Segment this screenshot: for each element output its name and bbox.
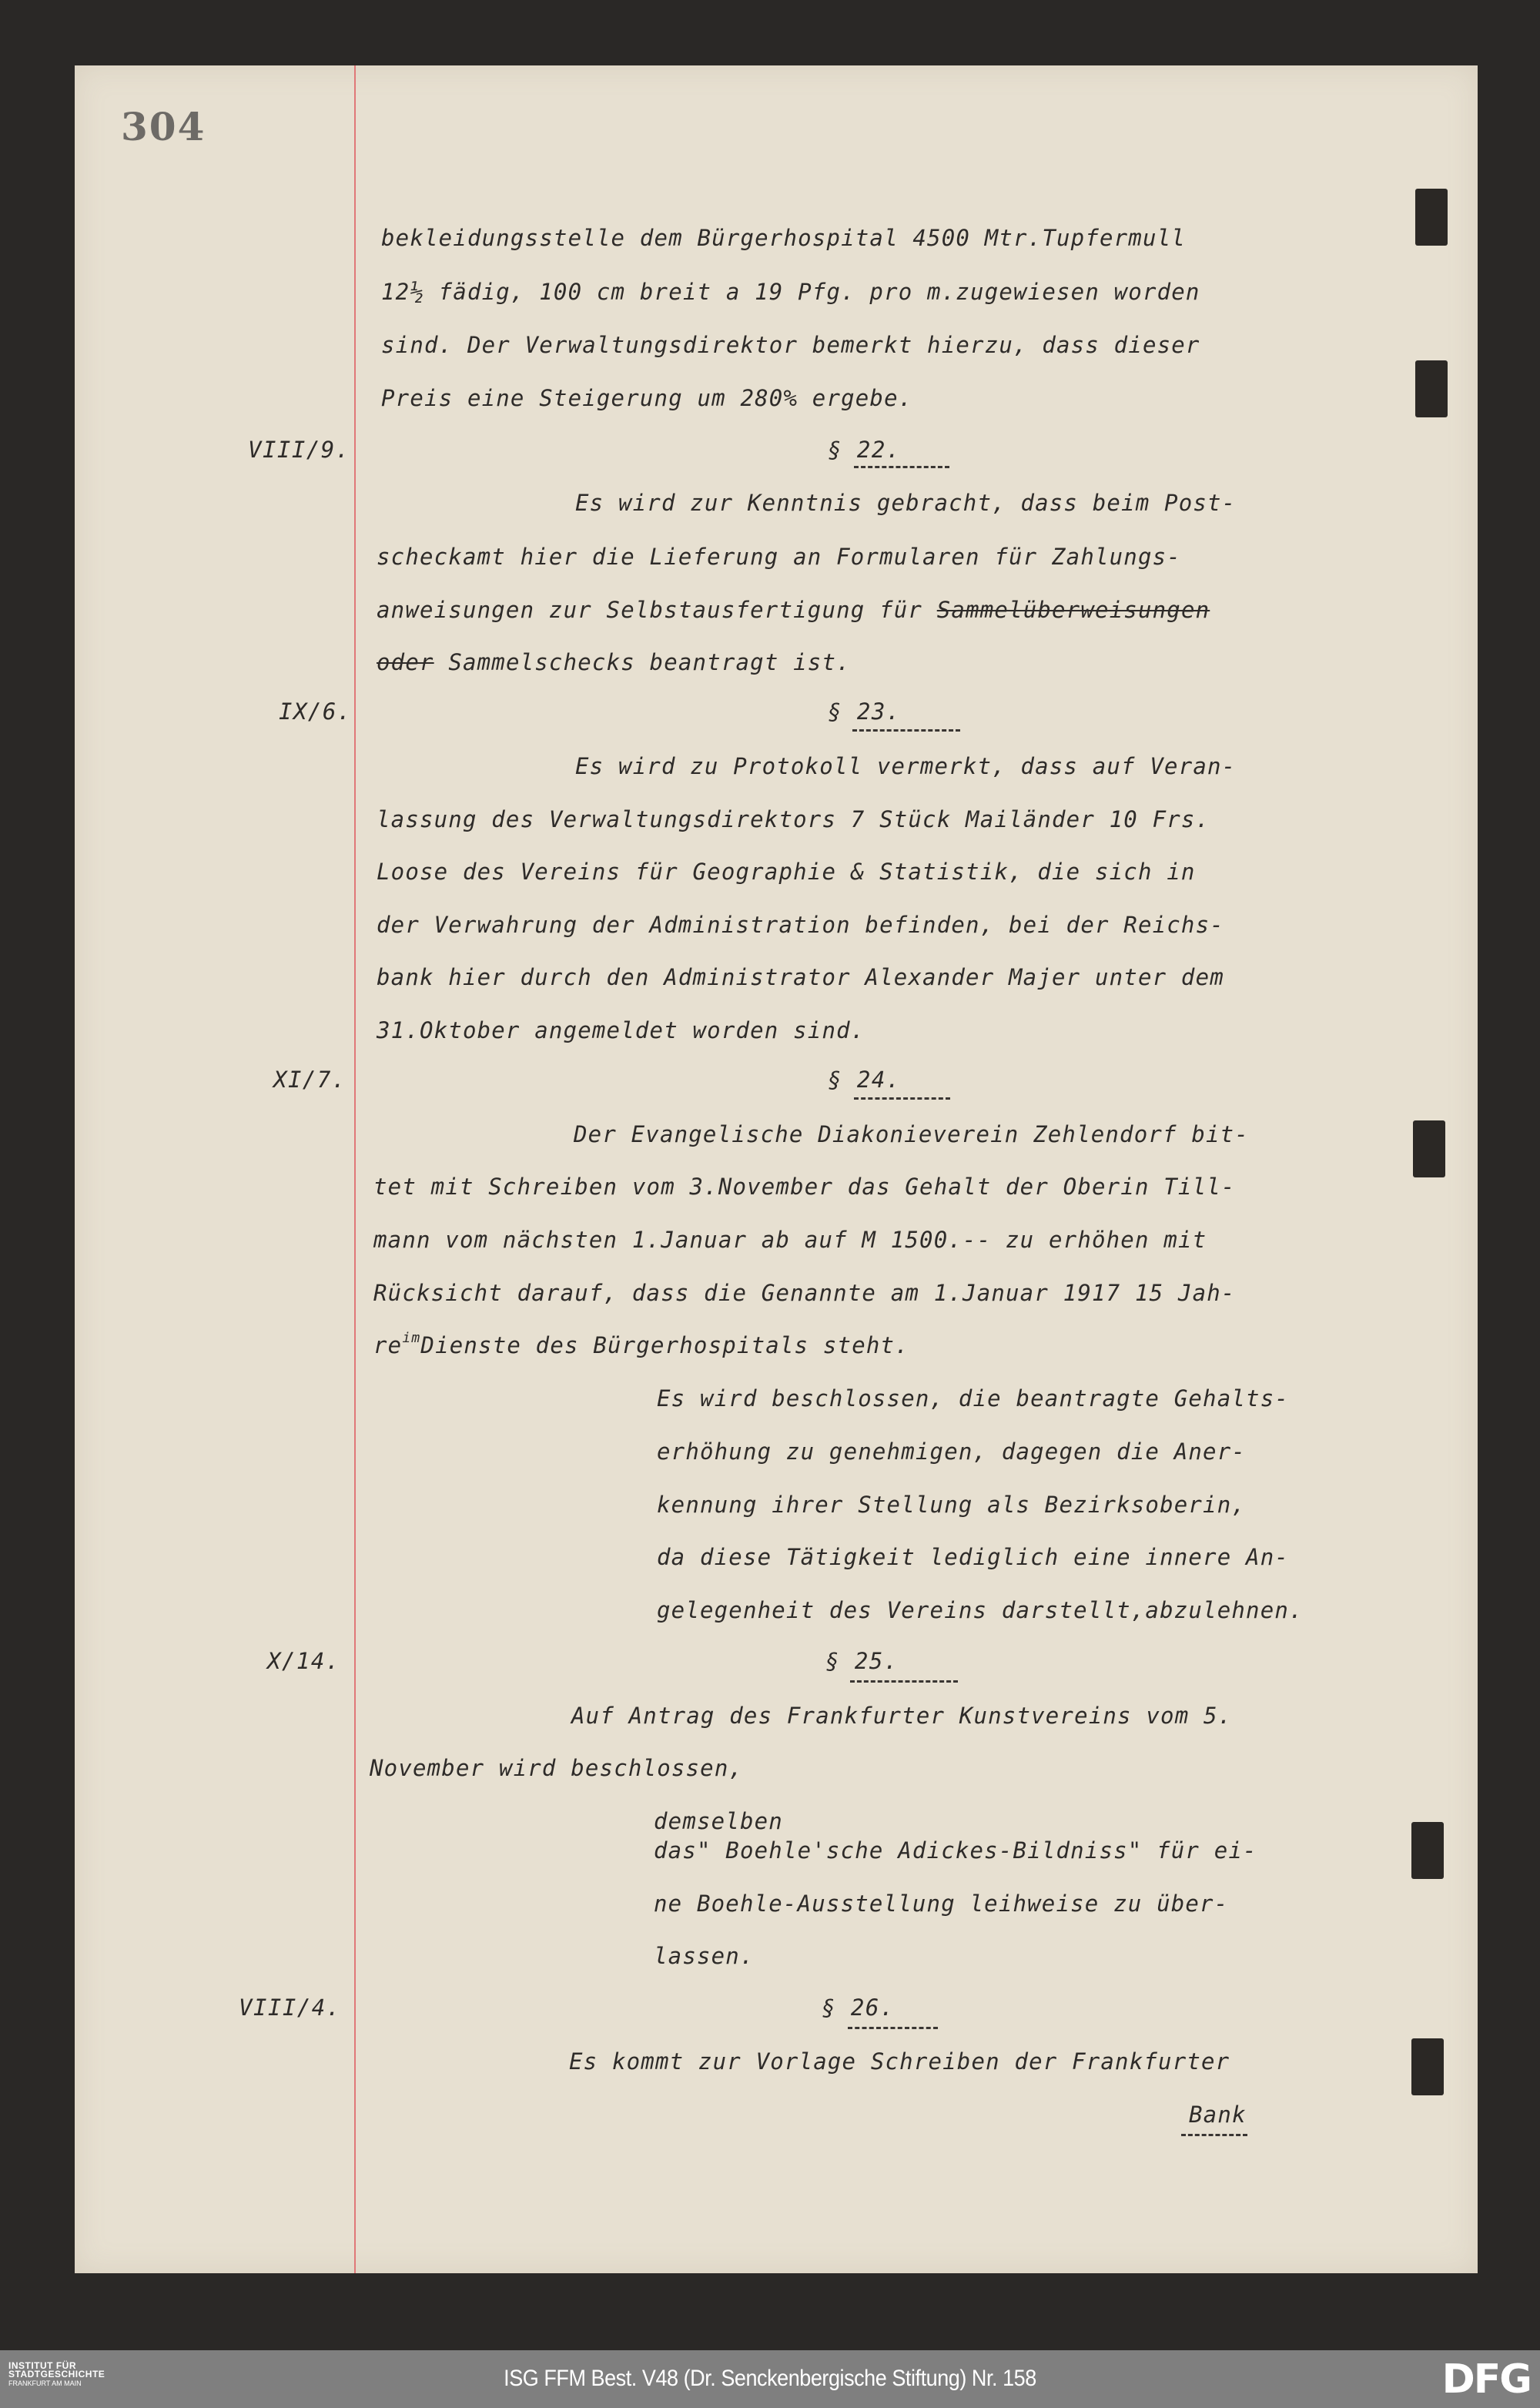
text-line: der Verwahrung der Administration befind… [377,911,1224,939]
text-line: bank hier durch den Administrator Alexan… [377,963,1224,991]
text-line: reimDienste des Bürgerhospitals steht. [373,1331,909,1363]
resolution-line: ne Boehle-Ausstellung leihweise zu über- [654,1890,1228,1917]
section-underline [848,2027,938,2029]
resolution-line: Es wird beschlossen, die beantragte Geha… [657,1385,1289,1412]
document-signature: ISG FFM Best. V48 (Dr. Senckenbergische … [77,2366,1463,2392]
section-underline [854,466,949,468]
text-line: lassung des Verwaltungsdirektors 7 Stück… [377,805,1210,833]
text-line: anweisungen zur Selbstausfertigung für S… [377,596,1210,624]
resolution-line: lassen. [654,1942,755,1970]
text-line: sind. Der Verwaltungsdirektor bemerkt hi… [381,331,1200,359]
margin-reference: XI/7. [273,1067,346,1093]
struck-word: Sammelüberweisungen [937,597,1210,623]
text-line: Es wird zu Protokoll vermerkt, dass auf … [575,752,1236,780]
page-number: 304 [121,104,206,149]
text-line: scheckamt hier die Lieferung an Formular… [377,543,1181,571]
struck-word: oder [377,649,434,675]
text-line: Es wird zur Kenntnis gebracht, dass beim… [575,489,1236,517]
section-heading: § 26. [822,1994,895,2021]
text-line: Rücksicht darauf, dass die Genannte am 1… [373,1279,1236,1307]
text-line: mann vom nächsten 1.Januar ab auf M 1500… [373,1226,1207,1254]
section-underline [850,1680,958,1683]
footer-bar: INSTITUT FÜR STADTGESCHICHTE FRANKFURT A… [0,2350,1540,2408]
catchword: Bank [1189,2101,1247,2128]
margin-reference: VIII/9. [248,437,350,463]
punch-hole [1411,2038,1444,2095]
margin-reference: VIII/4. [239,1994,341,2021]
text-line: Loose des Vereins für Geographie & Stati… [377,858,1196,886]
resolution-line: erhöhung zu genehmigen, dagegen die Aner… [657,1438,1246,1465]
inserted-word: demselben [654,1807,783,1835]
resolution-line: kennung ihrer Stellung als Bezirksoberin… [657,1491,1246,1519]
inserted-word: im [402,1330,420,1346]
punch-hole [1411,1822,1444,1879]
margin-reference: X/14. [267,1648,340,1674]
resolution-line: gelegenheit des Vereins darstellt,abzule… [657,1596,1304,1624]
text-segment: re [373,1332,402,1358]
punch-hole [1415,360,1448,417]
section-heading: § 24. [828,1067,901,1093]
section-underline [854,1097,950,1100]
text-segment: Sammelschecks beantragt ist. [448,649,850,675]
section-heading: § 22. [828,437,901,463]
text-line: 12½ fädig, 100 cm breit a 19 Pfg. pro m.… [381,278,1200,306]
section-heading: § 23. [828,698,901,725]
document-page: 304 bekleidungsstelle dem Bürgerhospital… [75,65,1478,2273]
punch-hole [1415,189,1448,246]
section-heading: § 25. [825,1648,899,1674]
section-underline [852,729,960,732]
text-line: bekleidungsstelle dem Bürgerhospital 450… [381,224,1186,252]
margin-reference: IX/6. [279,698,352,725]
text-line: November wird beschlossen, [370,1754,743,1782]
text-line: Auf Antrag des Frankfurter Kunstvereins … [571,1702,1232,1730]
text-line: oder Sammelschecks beantragt ist. [377,648,851,676]
resolution-line: das" Boehle'sche Adickes-Bildniss" für e… [654,1837,1257,1864]
text-segment: Dienste des Bürgerhospitals steht. [420,1332,909,1358]
punch-hole [1413,1120,1445,1177]
text-line: Preis eine Steigerung um 280% ergebe. [381,384,912,412]
text-segment: anweisungen zur Selbstausfertigung für [377,597,937,623]
text-line: tet mit Schreiben vom 3.November das Geh… [373,1173,1236,1201]
text-line: Der Evangelische Diakonieverein Zehlendo… [574,1120,1249,1148]
dfg-logo-icon: DFG [1442,2359,1531,2400]
catchword-underline [1181,2134,1247,2136]
text-line: 31.Oktober angemeldet worden sind. [377,1016,865,1044]
margin-line [354,65,356,2273]
text-line: Es kommt zur Vorlage Schreiben der Frank… [569,2048,1230,2075]
resolution-line: da diese Tätigkeit lediglich eine innere… [657,1543,1289,1571]
